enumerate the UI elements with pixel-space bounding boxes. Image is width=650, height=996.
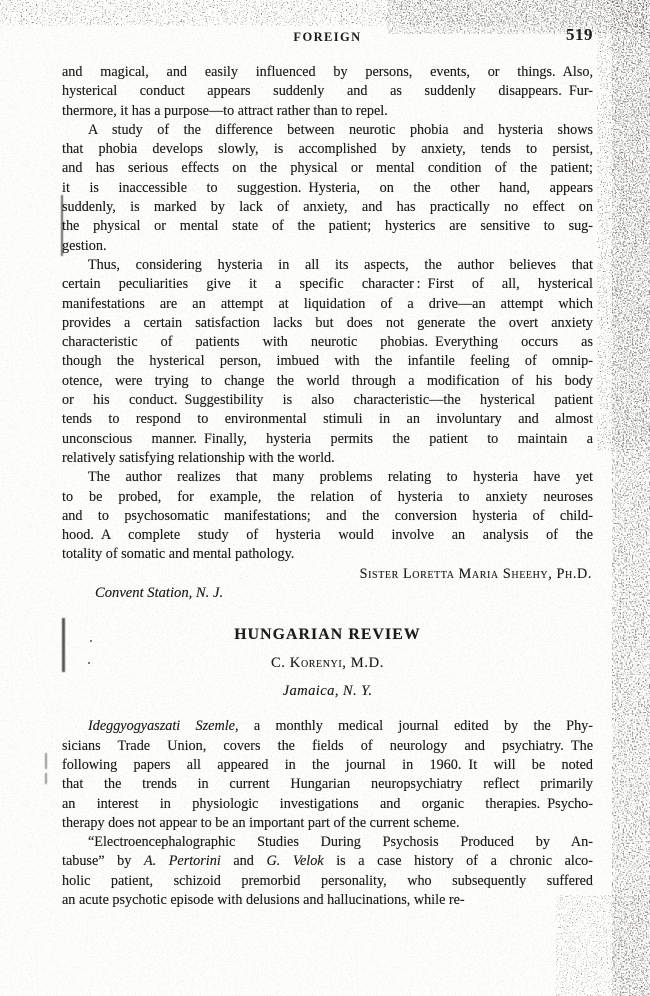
text-run: Thus, considering hysteria in all its as… [88,257,593,273]
text-line: following papers all appeared in the jou… [62,756,593,775]
italic-text-run: A. Pertorini [144,853,221,869]
text-line: or his conduct. Suggestibility is also c… [62,391,593,410]
text-run: hysterical conduct appears suddenly and … [62,83,593,99]
text-run: certain peculiarities give it a specific… [62,276,593,292]
text-line: provides a certain satisfaction lacks bu… [62,314,593,333]
text-line: characteristic of patients with neurotic… [62,333,593,352]
hungarian-review-paragraph-1: Ideggyogyaszati Szemle, a monthly medica… [62,717,593,833]
text-run: therapy does not appear to be an importa… [62,815,460,831]
text-line: tabuse” by A. Pertorini and G. Velok is … [62,852,593,871]
reviewer-signature: Sister Loretta Maria Sheehy, Ph.D. [62,565,593,584]
text-line: that phobia develops slowly, is accompli… [62,140,593,159]
text-run: gestion. [62,238,107,254]
margin-pencil-mark [45,773,47,784]
text-line: the physical or mental state of the pati… [62,217,593,236]
text-line: unconscious manner. Finally, hysteria pe… [62,430,593,449]
text-line: it is inaccessible to suggestion. Hyster… [62,179,593,198]
page-header: FOREIGN 519 [62,28,593,46]
text-run: following papers all appeared in the jou… [62,757,593,773]
text-line: holic patient, schizoid premorbid person… [62,872,593,891]
text-run: holic patient, schizoid premorbid person… [62,873,593,889]
text-run: tends to respond to environmental stimul… [62,411,593,427]
text-line: though the hysterical person, imbued wit… [62,352,593,371]
text-line: an acute psychotic episode with delusion… [62,891,593,910]
foreign-review-paragraph-2: A study of the difference between neurot… [62,121,593,256]
text-column: FOREIGN 519 and magical, and easily infl… [62,28,593,910]
text-line: an interest in physiologic investigation… [62,795,593,814]
text-run: that phobia develops slowly, is accompli… [62,141,593,157]
text-line: gestion. [62,237,593,256]
text-run: an interest in physiologic investigation… [62,796,593,812]
text-run: totality of somatic and mental pathology… [62,546,294,562]
text-run: A study of the difference between neurot… [88,122,593,138]
text-run: manifestations are an attempt at liquida… [62,296,593,312]
text-run: sicians Trade Union, covers the fields o… [62,738,593,754]
text-line: sicians Trade Union, covers the fields o… [62,737,593,756]
text-line: hood. A complete study of hysteria would… [62,526,593,545]
text-run: hood. A complete study of hysteria would… [62,527,593,543]
text-line: otence, were trying to change the world … [62,372,593,391]
text-line: manifestations are an attempt at liquida… [62,295,593,314]
italic-text-run: G. Velok [266,853,323,869]
text-line: to be probed, for example, the relation … [62,488,593,507]
text-run: unconscious manner. Finally, hysteria pe… [62,431,593,447]
text-line: suddenly, is marked by lack of anxiety, … [62,198,593,217]
text-line: thermore, it has a purpose—to attract ra… [62,102,593,121]
text-run: is a case history of a chronic alco- [324,853,593,869]
text-run: and magical, and easily influenced by pe… [62,64,593,80]
text-line: certain peculiarities give it a specific… [62,275,593,294]
foreign-review-paragraph-4: The author realizes that many problems r… [62,468,593,564]
text-run: and has serious effects on the physical … [62,160,593,176]
text-run: tabuse” by [62,853,144,869]
text-run: though the hysterical person, imbued wit… [62,353,593,369]
page-body: and magical, and easily influenced by pe… [62,63,593,910]
text-run: and [221,853,267,869]
text-run: provides a certain satisfaction lacks bu… [62,315,593,331]
text-line: relatively satisfying relationship with … [62,449,593,468]
text-run: or his conduct. Suggestibility is also c… [62,392,593,408]
section-title-hungarian-review: HUNGARIAN REVIEW [62,625,593,645]
text-run: thermore, it has a purpose—to attract ra… [62,103,388,119]
text-run: relatively satisfying relationship with … [62,450,335,466]
text-line: that the trends in current Hungarian neu… [62,775,593,794]
section-author: C. Korenyi, M.D. [62,654,593,673]
text-line: The author realizes that many problems r… [62,468,593,487]
text-line: and magical, and easily influenced by pe… [62,63,593,82]
section-author-location: Jamaica, N. Y. [62,682,593,701]
page-number: 519 [566,25,593,45]
text-run: to be probed, for example, the relation … [62,489,593,505]
text-run: and to psychosomatic manifestations; and… [62,508,593,524]
text-run: The author realizes that many problems r… [88,469,593,485]
text-line: Ideggyogyaszati Szemle, a monthly medica… [62,717,593,736]
text-run: “Electroencephalographic Studies During … [88,834,593,850]
text-line: hysterical conduct appears suddenly and … [62,82,593,101]
text-line: “Electroencephalographic Studies During … [62,833,593,852]
reviewer-location: Convent Station, N. J. [62,584,593,603]
text-line: Thus, considering hysteria in all its as… [62,256,593,275]
text-line: tends to respond to environmental stimul… [62,410,593,429]
text-line: and to psychosomatic manifestations; and… [62,507,593,526]
text-run: a monthly medical journal edited by the … [239,718,594,734]
hungarian-review-paragraph-2: “Electroencephalographic Studies During … [62,833,593,910]
italic-text-run: Ideggyogyaszati Szemle, [88,718,239,734]
text-run: characteristic of patients with neurotic… [62,334,593,350]
running-title: FOREIGN [62,30,593,45]
margin-pencil-mark [45,753,47,769]
text-line: A study of the difference between neurot… [62,121,593,140]
text-run: the physical or mental state of the pati… [62,218,593,234]
text-line: and has serious effects on the physical … [62,159,593,178]
foreign-review-paragraph-1: and magical, and easily influenced by pe… [62,63,593,121]
text-run: otence, were trying to change the world … [62,373,593,389]
foreign-review-paragraph-3: Thus, considering hysteria in all its as… [62,256,593,468]
text-line: therapy does not appear to be an importa… [62,814,593,833]
text-line: totality of somatic and mental pathology… [62,545,593,564]
text-run: that the trends in current Hungarian neu… [62,776,593,792]
text-run: an acute psychotic episode with delusion… [62,892,465,908]
text-run: it is inaccessible to suggestion. Hyster… [62,180,593,196]
scanned-journal-page: FOREIGN 519 and magical, and easily infl… [0,0,650,996]
text-run: suddenly, is marked by lack of anxiety, … [62,199,593,215]
